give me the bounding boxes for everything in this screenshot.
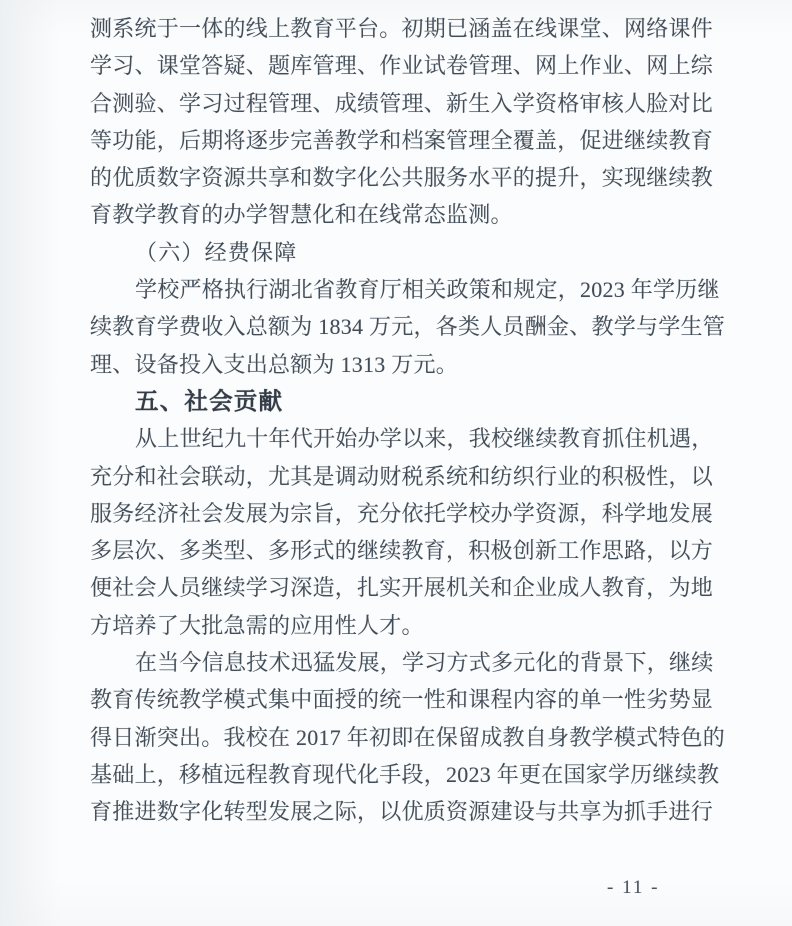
- text-line: 合测验、学习过程管理、成绩管理、新生入学资格审核人脸对比: [90, 85, 724, 122]
- text-line: 等功能，后期将逐步完善教学和档案管理全覆盖，促进继续教育: [90, 122, 724, 159]
- text-line: 育教学教育的办学智慧化和在线常态监测。: [90, 196, 724, 233]
- text-line: 测系统于一体的线上教育平台。初期已涵盖在线课堂、网络课件: [90, 10, 724, 47]
- text-line: 得日渐突出。我校在 2017 年初即在保留成教自身教学模式特色的: [90, 719, 724, 756]
- text-line: 在当今信息技术迅猛发展，学习方式多元化的背景下，继续: [90, 644, 724, 681]
- text-line: 育推进数字化转型发展之际，以优质资源建设与共享为抓手进行: [90, 793, 724, 830]
- text-line: 基础上，移植远程教育现代化手段，2023 年更在国家学历继续教: [90, 756, 724, 793]
- text-line: 方培养了大批急需的应用性人才。: [90, 607, 724, 644]
- text-line: 学习、课堂答疑、题库管理、作业试卷管理、网上作业、网上综: [90, 47, 724, 84]
- subsection-heading: （六）经费保障: [90, 234, 724, 271]
- text-line: 学校严格执行湖北省教育厅相关政策和规定，2023 年学历继: [90, 271, 724, 308]
- document-body: 测系统于一体的线上教育平台。初期已涵盖在线课堂、网络课件学习、课堂答疑、题库管理…: [90, 10, 724, 831]
- section-heading: 五、社会贡献: [90, 383, 724, 420]
- document-page: 测系统于一体的线上教育平台。初期已涵盖在线课堂、网络课件学习、课堂答疑、题库管理…: [0, 0, 792, 926]
- text-line: 充分和社会联动，尤其是调动财税系统和纺织行业的积极性，以: [90, 458, 724, 495]
- text-line: 多层次、多类型、多形式的继续教育，积极创新工作思路，以方: [90, 532, 724, 569]
- text-line: 服务经济社会发展为宗旨，充分依托学校办学资源，科学地发展: [90, 495, 724, 532]
- text-line: 理、设备投入支出总额为 1313 万元。: [90, 346, 724, 383]
- page-number: - 11 -: [607, 876, 659, 900]
- text-line: 从上世纪九十年代开始办学以来，我校继续教育抓住机遇，: [90, 420, 724, 457]
- text-line: 续教育学费收入总额为 1834 万元，各类人员酬金、教学与学生管: [90, 308, 724, 345]
- text-line: 教育传统教学模式集中面授的统一性和课程内容的单一性劣势显: [90, 681, 724, 718]
- text-line: 的优质数字资源共享和数字化公共服务水平的提升，实现继续教: [90, 159, 724, 196]
- text-line: 便社会人员继续学习深造，扎实开展机关和企业成人教育，为地: [90, 569, 724, 606]
